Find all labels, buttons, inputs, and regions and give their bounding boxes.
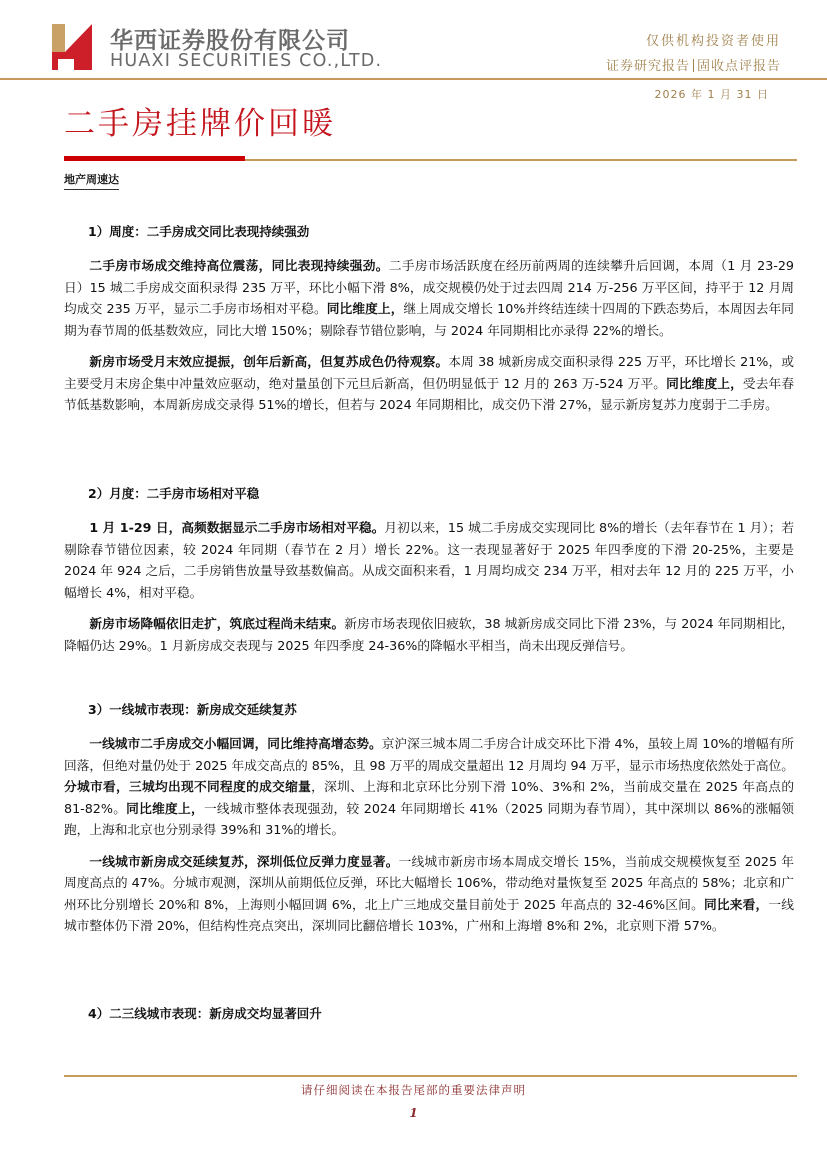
title-accent-bar bbox=[64, 156, 245, 161]
section-4: 4）二三线城市表现：新房成交均显著回升 bbox=[88, 1004, 794, 1024]
section-1: 1）周度：二手房成交同比表现持续强劲 二手房市场成交维持高位震荡，同比表现持续强… bbox=[88, 222, 794, 416]
bold-lead: 二手房市场成交维持高位震荡，同比表现持续强劲。 bbox=[89, 258, 388, 273]
bold-lead: 新房市场受月末效应提振，创年后新高，但复苏成色仍待观察。 bbox=[89, 354, 448, 369]
section-heading: 3）一线城市表现：新房成交延续复苏 bbox=[88, 700, 794, 720]
report-type: 证券研究报告固收点评报告 bbox=[606, 55, 781, 74]
bold-lead: 一线城市二手房成交小幅回调，同比维持高增态势。 bbox=[89, 736, 381, 751]
bold-lead: 同比来看， bbox=[704, 897, 768, 912]
bold-lead: 新房市场降幅依旧走扩，筑底过程尚未结束。 bbox=[89, 616, 344, 631]
footer-divider bbox=[64, 1075, 797, 1077]
bold-lead: 一线城市新房成交延续复苏，深圳低位反弹力度显著。 bbox=[89, 854, 398, 869]
section-heading: 2）月度：二手房市场相对平稳 bbox=[88, 484, 794, 504]
huaxi-logo-icon bbox=[52, 22, 92, 72]
report-date: 2026 年 1 月 31 日 bbox=[655, 86, 769, 102]
section-heading: 1）周度：二手房成交同比表现持续强劲 bbox=[88, 222, 794, 242]
paragraph: 1 月 1-29 日，高频数据显示二手房市场相对平稳。月初以来，15 城二手房成… bbox=[64, 517, 794, 603]
report-type-right: 固收点评报告 bbox=[697, 59, 781, 74]
section-2: 2）月度：二手房市场相对平稳 1 月 1-29 日，高频数据显示二手房市场相对平… bbox=[88, 484, 794, 656]
bold-lead: 1 月 1-29 日，高频数据显示二手房市场相对平稳。 bbox=[89, 520, 384, 535]
section-3: 3）一线城市表现：新房成交延续复苏 一线城市二手房成交小幅回调，同比维持高增态势… bbox=[88, 700, 794, 937]
page-number: 1 bbox=[0, 1106, 827, 1120]
bold-lead: 同比维度上， bbox=[327, 301, 404, 316]
paragraph: 一线城市新房成交延续复苏，深圳低位反弹力度显著。一线城市新房市场本周成交增长 1… bbox=[64, 851, 794, 937]
paragraph: 二手房市场成交维持高位震荡，同比表现持续强劲。二手房市场活跃度在经历前两周的连续… bbox=[64, 255, 794, 341]
audience-label: 仅供机构投资者使用 bbox=[646, 30, 781, 49]
bold-lead: 同比维度上， bbox=[666, 376, 743, 391]
report-type-left: 证券研究报告 bbox=[606, 59, 690, 74]
bold-lead: 分城市看，三城均出现不同程度的成交缩量 bbox=[64, 779, 311, 794]
title-divider bbox=[245, 159, 797, 161]
legal-disclaimer: 请仔细阅读在本报告尾部的重要法律声明 bbox=[0, 1082, 827, 1098]
bold-lead: 同比维度上， bbox=[126, 801, 204, 816]
company-name-en: HUAXI SECURITIES CO.,LTD. bbox=[110, 51, 382, 71]
paragraph: 一线城市二手房成交小幅回调，同比维持高增态势。京沪深三城本周二手房合计成交环比下… bbox=[64, 733, 794, 841]
page-title: 二手房挂牌价回暖 bbox=[64, 98, 336, 143]
divider bbox=[693, 59, 694, 72]
paragraph: 新房市场降幅依旧走扩，筑底过程尚未结束。新房市场表现依旧疲软，38 城新房成交同… bbox=[64, 613, 794, 656]
section-heading: 4）二三线城市表现：新房成交均显著回升 bbox=[88, 1004, 794, 1024]
header-divider bbox=[0, 78, 827, 80]
paragraph: 新房市场受月末效应提振，创年后新高，但复苏成色仍待观察。本周 38 城新房成交面… bbox=[64, 351, 794, 416]
column-kicker: 地产周速达 bbox=[64, 171, 119, 190]
